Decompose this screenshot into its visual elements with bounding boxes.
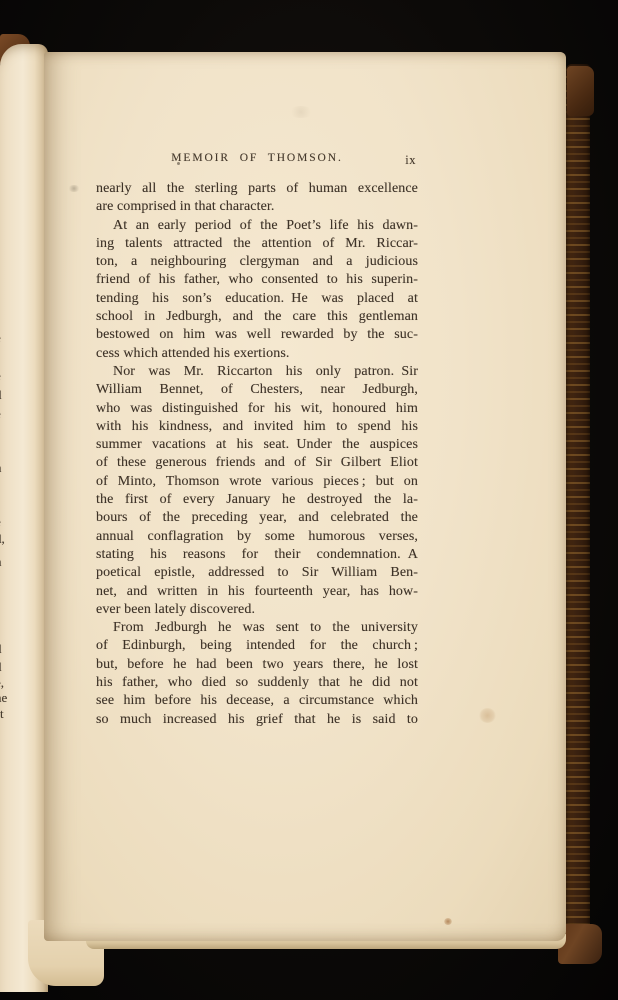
edge-letter-fragment: ne (0, 690, 9, 706)
text-line: of Minto, Thomson wrote various pieces ;… (96, 473, 418, 491)
text-line: ever been lately discovered. (96, 601, 418, 619)
text-line: net, and written in his fourteenth year,… (96, 583, 418, 601)
edge-letter-fragment: st (0, 706, 9, 722)
text-line: the first of every January he destroyed … (96, 491, 418, 509)
text-line: who was distinguished for his wit, honou… (96, 400, 418, 418)
text-line: Nor was Mr. Riccarton his only patron. S… (96, 363, 418, 381)
text-block: nearly all the sterling parts of human e… (96, 180, 418, 729)
edge-letter-fragment: d (0, 387, 9, 403)
text-line: nearly all the sterling parts of human e… (96, 180, 418, 198)
edge-letter-fragment: s (0, 442, 9, 458)
page-number: ix (405, 153, 416, 168)
edge-letter-fragment: d, (0, 531, 9, 547)
edge-letter-fragment: e (0, 330, 9, 346)
text-line: friend of his father, who consented to h… (96, 271, 418, 289)
text-line: ton, a neighbouring clergyman and a judi… (96, 253, 418, 271)
edge-letter-fragment: h (0, 554, 9, 570)
text-line: but, before he had been two years there,… (96, 656, 418, 674)
edge-letter-fragment: - (0, 294, 9, 310)
text-line: his father, who died so suddenly that he… (96, 674, 418, 692)
edge-letter-fragment: e, (0, 675, 9, 691)
edge-letter-fragment: . (0, 478, 9, 494)
text-line: school in Jedburgh, and the care this ge… (96, 308, 418, 326)
paper-smudge (68, 185, 80, 192)
text-line: At an early period of the Poet’s life hi… (96, 217, 418, 235)
text-line: see him before his decease, a circumstan… (96, 692, 418, 710)
edge-letter-fragment: d (0, 659, 9, 675)
edge-letter-fragment: l (0, 349, 9, 365)
edge-letter-fragment: e (0, 406, 9, 422)
running-title: MEMOIR OF THOMSON. (96, 152, 418, 164)
text-line: so much increased his grief that he is s… (96, 711, 418, 729)
book-cover-edge-right (566, 64, 590, 960)
book-cover-corner-top-right (567, 66, 594, 116)
text-line: bours of the preceding year, and celebra… (96, 509, 418, 527)
edge-letter-fragment: e (0, 514, 9, 530)
text-line: summer vacations at his seat. Under the … (96, 436, 418, 454)
book-photo: MEMOIR OF THOMSON. ix nearly all the ste… (0, 0, 618, 1000)
text-line: of Edinburgh, being intended for the chu… (96, 637, 418, 655)
edge-letter-fragment: n (0, 460, 9, 476)
text-line: poetical epistle, addressed to Sir Willi… (96, 564, 418, 582)
text-line: with his kindness, and invited him to sp… (96, 418, 418, 436)
edge-letter-fragment: . (0, 311, 9, 327)
foxing-spot (479, 708, 496, 723)
page-header: MEMOIR OF THOMSON. ix (96, 152, 418, 169)
text-line: of these generous friends and of Sir Gil… (96, 454, 418, 472)
edge-letter-fragment: s (0, 424, 9, 440)
edge-letter-fragment: d (0, 641, 9, 657)
text-line: cess which attended his exertions. (96, 345, 418, 363)
ink-speck (177, 162, 180, 165)
text-line: ing talents attracted the attention of M… (96, 235, 418, 253)
text-line: annual conflagration by some humorous ve… (96, 528, 418, 546)
foxing-spot (444, 918, 452, 925)
text-line: stating his reasons for their condemnati… (96, 546, 418, 564)
text-line: bestowed on him was well rewarded by the… (96, 326, 418, 344)
text-line: From Jedburgh he was sent to the univers… (96, 619, 418, 637)
edge-letter-fragment: e (0, 368, 9, 384)
paper-smudge (288, 106, 314, 118)
text-line: tending his son’s education. He was plac… (96, 290, 418, 308)
text-line: are comprised in that character. (96, 198, 418, 216)
text-line: William Bennet, of Chesters, near Jedbur… (96, 381, 418, 399)
edge-letter-fragment: - (0, 496, 9, 512)
